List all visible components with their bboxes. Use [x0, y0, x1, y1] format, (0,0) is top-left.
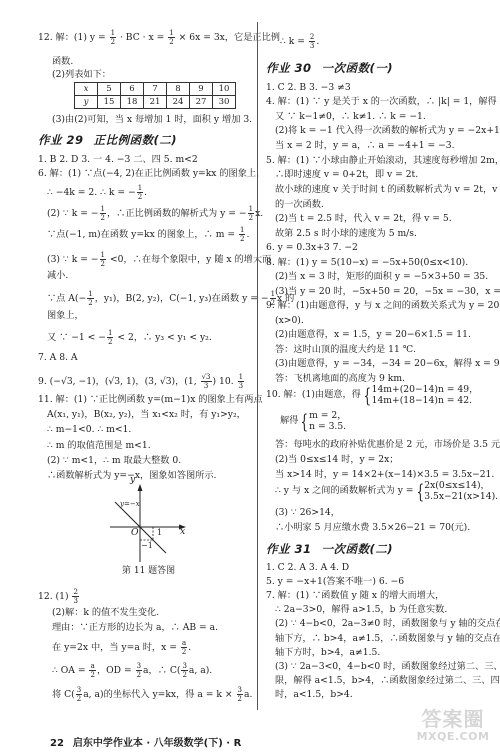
s29-line: ∴ m 的取值范围是 m<1. — [47, 440, 151, 452]
s30-line: 4. 解：(1) ∵ y 是关于 x 的一次函数，∴ |k| = 1，解得 k … — [266, 96, 500, 108]
table-cell: 5 — [98, 83, 121, 96]
origin-label: O — [131, 527, 139, 539]
s30-line: 1. C 2. B 3. −3 ≠3 — [266, 82, 351, 94]
q10-line: (3) ∵ 26>14， — [275, 507, 340, 519]
q12-line: 在 y=2x 中，当 y=a 时，x = a2. — [52, 639, 191, 656]
table-cell: 27 — [190, 96, 213, 109]
section-heading-30: 作业 30一次函数(一) — [266, 60, 393, 76]
table-cell: 18 — [121, 96, 144, 109]
s30-line: 8. 解：(1) y = 5(10−x) = −5x+50(0≤x<10). — [266, 257, 468, 269]
section-number: 作业 30 — [266, 61, 312, 75]
watermark-url: MXQE.COM — [410, 730, 496, 743]
q10-piecewise: ∴ y 与 x 之间的函数解析式为 y ={2x(0≤x≤14)，3.5x−21… — [275, 480, 498, 502]
q12-line: 12. (1) 23 — [38, 588, 80, 605]
s31-line: 1. C 2. A 3. A 4. D — [266, 562, 349, 574]
s31-line: 轴下方时，b>4，a≠1.5. — [275, 647, 380, 659]
s30-line: ∴即时速度 v = 0+2t，即 v = 2t. — [275, 169, 418, 181]
q10-solution: 解得{m = 2，n = 3.5. — [280, 410, 346, 432]
s29-line: ∵点(−1, m)在函数 y=kx 的图象上，∴ m = 12. — [47, 226, 249, 243]
s31-line: 5. y = −x+1(答案不唯一) 6. −6 — [266, 576, 404, 588]
table-cell: 24 — [167, 96, 190, 109]
section-number: 作业 29 — [38, 133, 84, 147]
s30-line: 故小球的速度 v 关于时间 t 的函数解析式为 v = 2t，v 是 t — [275, 184, 500, 196]
s29-line: 6. 解：(1) ∵点(−4, 2)在正比例函数 y=kx 的图象上， — [38, 168, 265, 180]
fraction: 12 — [110, 29, 116, 46]
q10-system: 10. 解：(1)由题意，得{14m+(20−14)n = 49，14m+(18… — [266, 384, 478, 406]
watermark-text: 答案圈 — [410, 708, 496, 730]
s30-line: (2)当 t = 2.5 时，代入 v = 2t，得 v = 5. — [275, 213, 452, 225]
s29-line: (2) ∵ m<1，∴ m 取最大整数 0. — [47, 455, 181, 467]
s31-line: 轴下方，∴ b>4，a≠1.5，∴函数图象与 y 轴的交点在 x — [275, 633, 500, 645]
s29-line: 1. B 2. D 3. 一 4. −3 二、四 5. m<2 — [38, 154, 198, 166]
section-title: 一次函数(二) — [322, 542, 394, 556]
q12-prev-line2: 函数. — [52, 56, 73, 68]
s29-line: (2) ∵ k = −12，∴正比例函数的解析式为 y = −12x. — [47, 205, 263, 222]
s29-line: 9. (−√3, −1)，(√3, 1)，(3, √3)，(1, √33) 10… — [38, 373, 245, 390]
x-tick-label: 1 — [157, 527, 162, 539]
s30-line: 又 ∵ k−1≠0，∴ k≠1. ∴ k = −1. — [275, 111, 426, 123]
s30-line: 9. 解：(1)由题意得，y 与 x 之间的函数关系式为 y = 20−6x — [266, 300, 500, 312]
watermark-logo: 答案圈 MXQE.COM — [410, 708, 496, 752]
y-axis-label: y — [130, 474, 135, 486]
table-cell: 10 — [213, 83, 236, 96]
s29-line: 又 ∵ −1 < −12 < 2，∴ y₃ < y₁ < y₂. — [47, 329, 212, 346]
s29-line: ∴ m−1<0. ∴ m<1. — [47, 424, 131, 436]
table-cell: 30 — [213, 96, 236, 109]
table-row-x: x 5 6 7 8 9 10 — [75, 83, 236, 96]
s29-line: A(x₁, y₁)，B(x₂, y₂)，当 x₁<x₂ 时，有 y₁>y₂， — [47, 409, 246, 421]
s30-line: 答：这时山顶的温度大约是 11 ℃. — [275, 344, 416, 356]
s31-line: (2) ∵ 4−b<0，2a−3≠0 时，函数图象与 y 轴的交点在 x — [275, 618, 500, 630]
section-heading-31: 作业 31一次函数(二) — [266, 541, 393, 557]
s29-line: 11. 解：(1) ∵正比例函数 y=(m−1)x 的图象上有两点 — [38, 394, 263, 406]
s30-line: 的一次函数. — [275, 199, 324, 211]
s30-line: (2)由题意得，x = 1.5，y = 20−6×1.5 = 11. — [275, 329, 471, 341]
page-footer: 22启东中学作业本 · 八年级数学(下) · R — [50, 734, 241, 749]
q10-line: (2)当 0≤x≤14 时，y = 2x； — [275, 454, 398, 466]
line-label: y=−x — [120, 498, 140, 510]
s31-line: ∴ 2a−3>0，解得 a>1.5，b 为任意实数. — [275, 604, 447, 616]
x-axis-label: x — [180, 526, 185, 538]
section-title: 正比例函数(二) — [94, 133, 178, 147]
text: 12. 解：(1) y = — [38, 32, 109, 43]
s30-line: 当 x = 2 时，y = a，∴ a = −4+1 = −3. — [275, 140, 455, 152]
s29-line: (3) ∵ k = −12 <0，∴在每个象限中，y 随 x 的增大而 — [47, 251, 271, 268]
s30-line: (3)由题意得，y = −34，−34 = 20−6x，解得 x = 9. — [275, 358, 500, 370]
q12-line: (2)解：k 的值不发生变化. — [52, 607, 159, 619]
s29-line: 图象上， — [47, 310, 84, 322]
s31-line: 时，a<1.5，b>4. — [275, 689, 353, 701]
s30-line: 5. 解：(1) ∵小球由静止开始滚动，其速度每秒增加 2m， — [266, 155, 500, 167]
text: · BC · x = — [117, 32, 167, 43]
table-cell: 9 — [190, 83, 213, 96]
table-cell: y — [75, 96, 98, 109]
section-number: 作业 31 — [266, 542, 312, 556]
table-cell: 8 — [167, 83, 190, 96]
page-number: 22 — [50, 738, 64, 749]
answer-graph: y x y=−x O 1 −1 — [100, 478, 190, 566]
s30-line: 6. y = 0.3x+3 7. −2 — [266, 242, 358, 254]
q12-prev-line4: (3)由(2)可知，当 x 每增加 1 时，面积 y 增加 3. — [52, 114, 252, 126]
column-divider — [257, 22, 258, 710]
text: × 6x = 3x，它是正比例 — [176, 32, 280, 43]
section-title: 一次函数(一) — [322, 61, 394, 75]
s29-line: 7. A 8. A — [38, 352, 78, 364]
s30-line: 故第 2.5 s 时小球的速度为 5 m/s. — [275, 228, 417, 240]
book-title: 启东中学作业本 · 八年级数学(下) · R — [73, 738, 241, 749]
s30-line: (2)当 x = 3 时，矩形的面积 y = −5×3+50 = 35. — [275, 271, 488, 283]
fraction: 12 — [168, 29, 174, 46]
s30-line: (2)将 k = −1 代入得一次函数的解析式为 y = −2x+1. — [275, 125, 500, 137]
q10-line: ∴小明家 5 月应缴水费 3.5×26−21 = 70(元). — [275, 522, 470, 534]
value-table: x 5 6 7 8 9 10 y 15 18 21 24 27 30 — [74, 82, 236, 109]
q12-line: 理由：∵正方形的边长为 a，∴ AB = a. — [52, 622, 218, 634]
table-row-y: y 15 18 21 24 27 30 — [75, 96, 236, 109]
s31-line: (3) ∵ 2a−3<0，4−b<0 时，函数图象经过第二、三、四象 — [275, 661, 500, 673]
table-cell: 21 — [144, 96, 167, 109]
y-tick-label: −1 — [141, 540, 153, 552]
k-result: ∴ k = 23. — [280, 33, 319, 50]
s31-line: 限，解得 a<1.5，b>4，∴函数图象经过第二、三、四象限 — [275, 675, 500, 687]
section-heading-29: 作业 29正比例函数(二) — [38, 132, 177, 148]
table-cell: 15 — [98, 96, 121, 109]
q12-line: 将 C(32a, a)的坐标代入 y=kx，得 a = k × 32a. — [52, 686, 252, 703]
graph-caption: 第 11 题答图 — [122, 563, 175, 576]
q12-line: ∴ OA = a2，OD = 32a，∴ C(32a, a). — [52, 662, 212, 679]
q12-prev-line3: (2)列表如下： — [52, 69, 111, 81]
q12-prev-line1: 12. 解：(1) y = 12 · BC · x = 12 × 6x = 3x… — [38, 29, 280, 46]
s31-line: 7. 解：(1) ∵函数值 y 随 x 的增大而增大， — [266, 590, 444, 602]
s30-line: (x>0). — [275, 315, 304, 327]
table-cell: 6 — [121, 83, 144, 96]
s30-line: (3)当 y = 20 时，−5x+50 = 20，−5x = −30，x = … — [275, 286, 500, 298]
s29-line: 减小. — [47, 270, 68, 282]
s29-line: ∴ −4k = 2. ∴ k = −12. — [47, 184, 147, 201]
table-cell: 7 — [144, 83, 167, 96]
table-cell: x — [75, 83, 98, 96]
q10-line: 答：每吨水的政府补贴优惠价是 2 元，市场价是 3.5 元. — [275, 439, 500, 451]
